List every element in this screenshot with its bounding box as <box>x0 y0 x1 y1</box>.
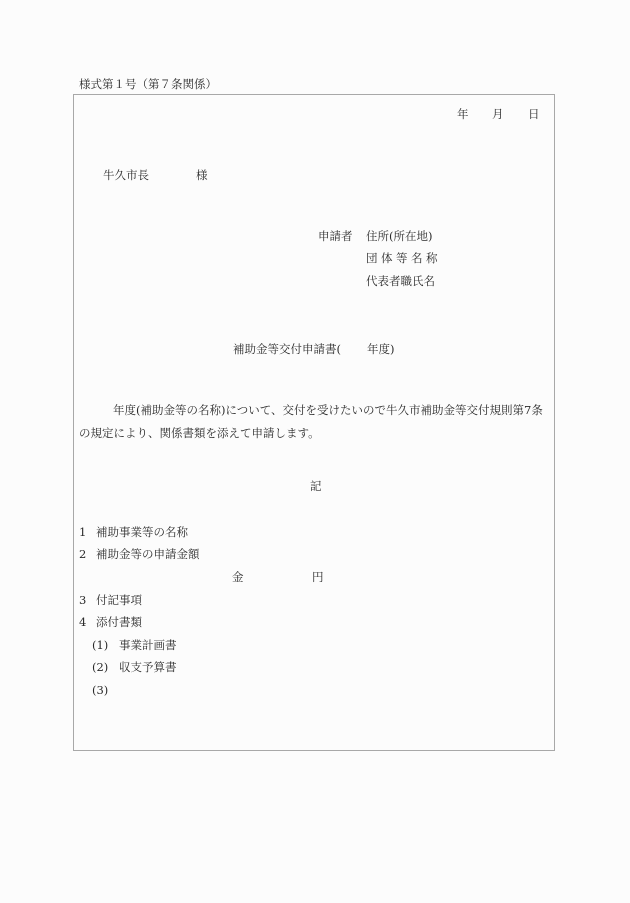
document-title-suffix: 年度) <box>367 344 395 356</box>
date-month-label: 月 <box>492 109 504 121</box>
item-2-number: 2 <box>79 549 86 561</box>
item-4-number: 4 <box>79 617 86 629</box>
date-year-label: 年 <box>457 109 469 121</box>
attachment-2-number: (2) <box>92 662 108 674</box>
item-3-number: 3 <box>79 595 86 607</box>
item-2-label: 補助金等の申請金額 <box>96 549 200 561</box>
application-form-box <box>73 94 555 751</box>
item-3-label: 付記事項 <box>96 595 142 607</box>
attachment-1-label: 事業計画書 <box>119 640 177 652</box>
item-4-label: 添付書類 <box>96 617 142 629</box>
addressee-name: 牛久市長 <box>103 170 149 182</box>
document-title-prefix: 補助金等交付申請書( <box>233 344 341 356</box>
body-line-2: の規定により、関係書類を添えて申請します。 <box>79 428 320 440</box>
amount-unit: 円 <box>312 572 324 584</box>
date-day-label: 日 <box>528 109 540 121</box>
form-number: 様式第１号（第７条関係） <box>79 79 217 91</box>
attachment-3-number: (3) <box>92 685 108 697</box>
attachment-2-label: 収支予算書 <box>119 662 177 674</box>
applicant-organization-label: 団体等名称 <box>366 253 441 265</box>
amount-prefix: 金 <box>232 572 244 584</box>
body-line-1: 年度(補助金等の名称)について、交付を受けたいので牛久市補助金等交付規則第7条 <box>113 405 543 417</box>
attachment-1-number: (1) <box>92 640 108 652</box>
applicant-label: 申請者 <box>318 231 353 243</box>
item-1-number: 1 <box>79 527 86 539</box>
applicant-address-label: 住所(所在地) <box>366 231 432 243</box>
ki-heading: 記 <box>310 481 322 493</box>
item-1-label: 補助事業等の名称 <box>96 527 188 539</box>
applicant-representative-label: 代表者職氏名 <box>366 276 435 288</box>
addressee-honorific: 様 <box>196 170 208 182</box>
